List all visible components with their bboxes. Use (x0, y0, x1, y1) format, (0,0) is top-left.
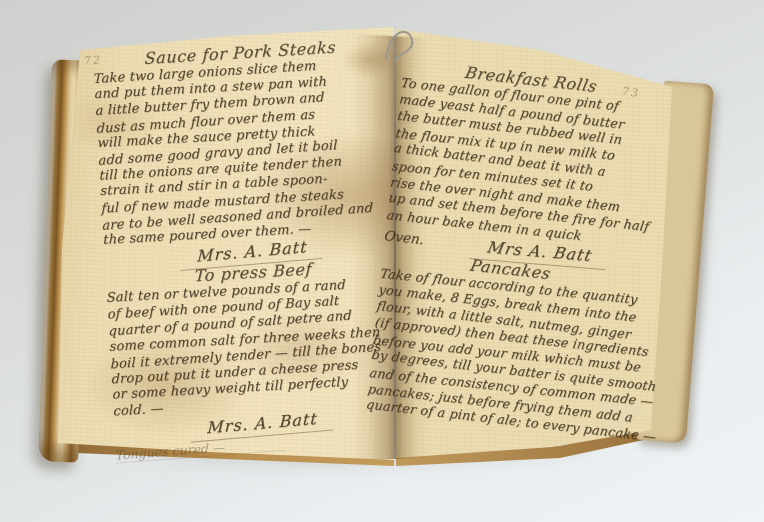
right-page-text: Breakfast Rolls To one gallon of flour o… (365, 56, 660, 442)
photo-scene: 72 73 Sauce for Pork Steaks Take two lar… (0, 0, 764, 522)
left-page-text: Sauce for Pork Steaks Take two large oni… (92, 34, 412, 461)
